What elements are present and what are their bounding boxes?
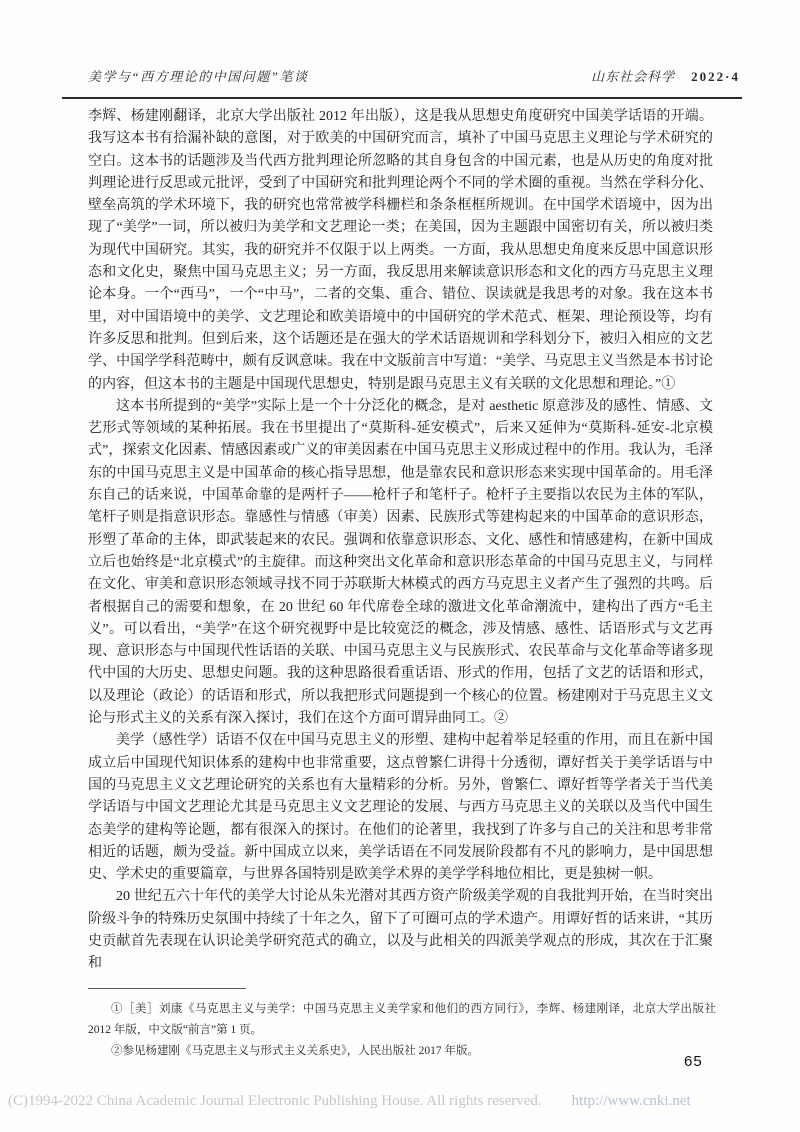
footnotes: ①［美］刘康《马克思主义与美学：中国马克思主义美学家和他们的西方同行》，李辉、杨… xyxy=(88,999,716,1062)
issue-number: 2022·4 xyxy=(691,69,740,84)
page-number: 65 xyxy=(684,1053,703,1070)
body-paragraph: 这本书所提到的“美学”实际上是一个十分泛化的概念，是对 aesthetic 原意… xyxy=(88,396,713,730)
article-body: 李辉、杨建刚翻译，北京大学出版社 2012 年出版），这是我从思想史角度研究中国… xyxy=(88,106,713,976)
footnote-separator-rule xyxy=(88,988,246,989)
cnki-watermark: (C)1994-2022 China Academic Journal Elec… xyxy=(8,1093,798,1110)
journal-name: 山东社会科学 xyxy=(591,69,675,84)
header-rule xyxy=(62,97,742,99)
cnki-url: http://www.cnki.net xyxy=(572,1093,691,1109)
body-paragraph: 20 世纪五六十年代的美学大讨论从朱光潜对其西方资产阶级美学观的自我批判开始，在… xyxy=(88,886,713,975)
body-paragraph: 美学（感性学）话语不仅在中国马克思主义的形塑、建构中起着举足轻重的作用，而且在新… xyxy=(88,730,713,886)
journal-page: 美学与“西方理论的中国问题”笔谈 山东社会科学2022·4 李辉、杨建刚翻译，北… xyxy=(0,0,800,1132)
copyright-text: (C)1994-2022 China Academic Journal Elec… xyxy=(8,1093,542,1109)
footnote-item: ②参见杨建刚《马克思主义与形式主义关系史》，人民出版社 2017 年版。 xyxy=(88,1041,716,1062)
running-head-journal-info: 山东社会科学2022·4 xyxy=(591,66,740,85)
body-paragraph: 李辉、杨建刚翻译，北京大学出版社 2012 年出版），这是我从思想史角度研究中国… xyxy=(88,106,713,396)
running-head-column-title: 美学与“西方理论的中国问题”笔谈 xyxy=(88,66,308,85)
footnote-item: ①［美］刘康《马克思主义与美学：中国马克思主义美学家和他们的西方同行》，李辉、杨… xyxy=(88,999,716,1041)
